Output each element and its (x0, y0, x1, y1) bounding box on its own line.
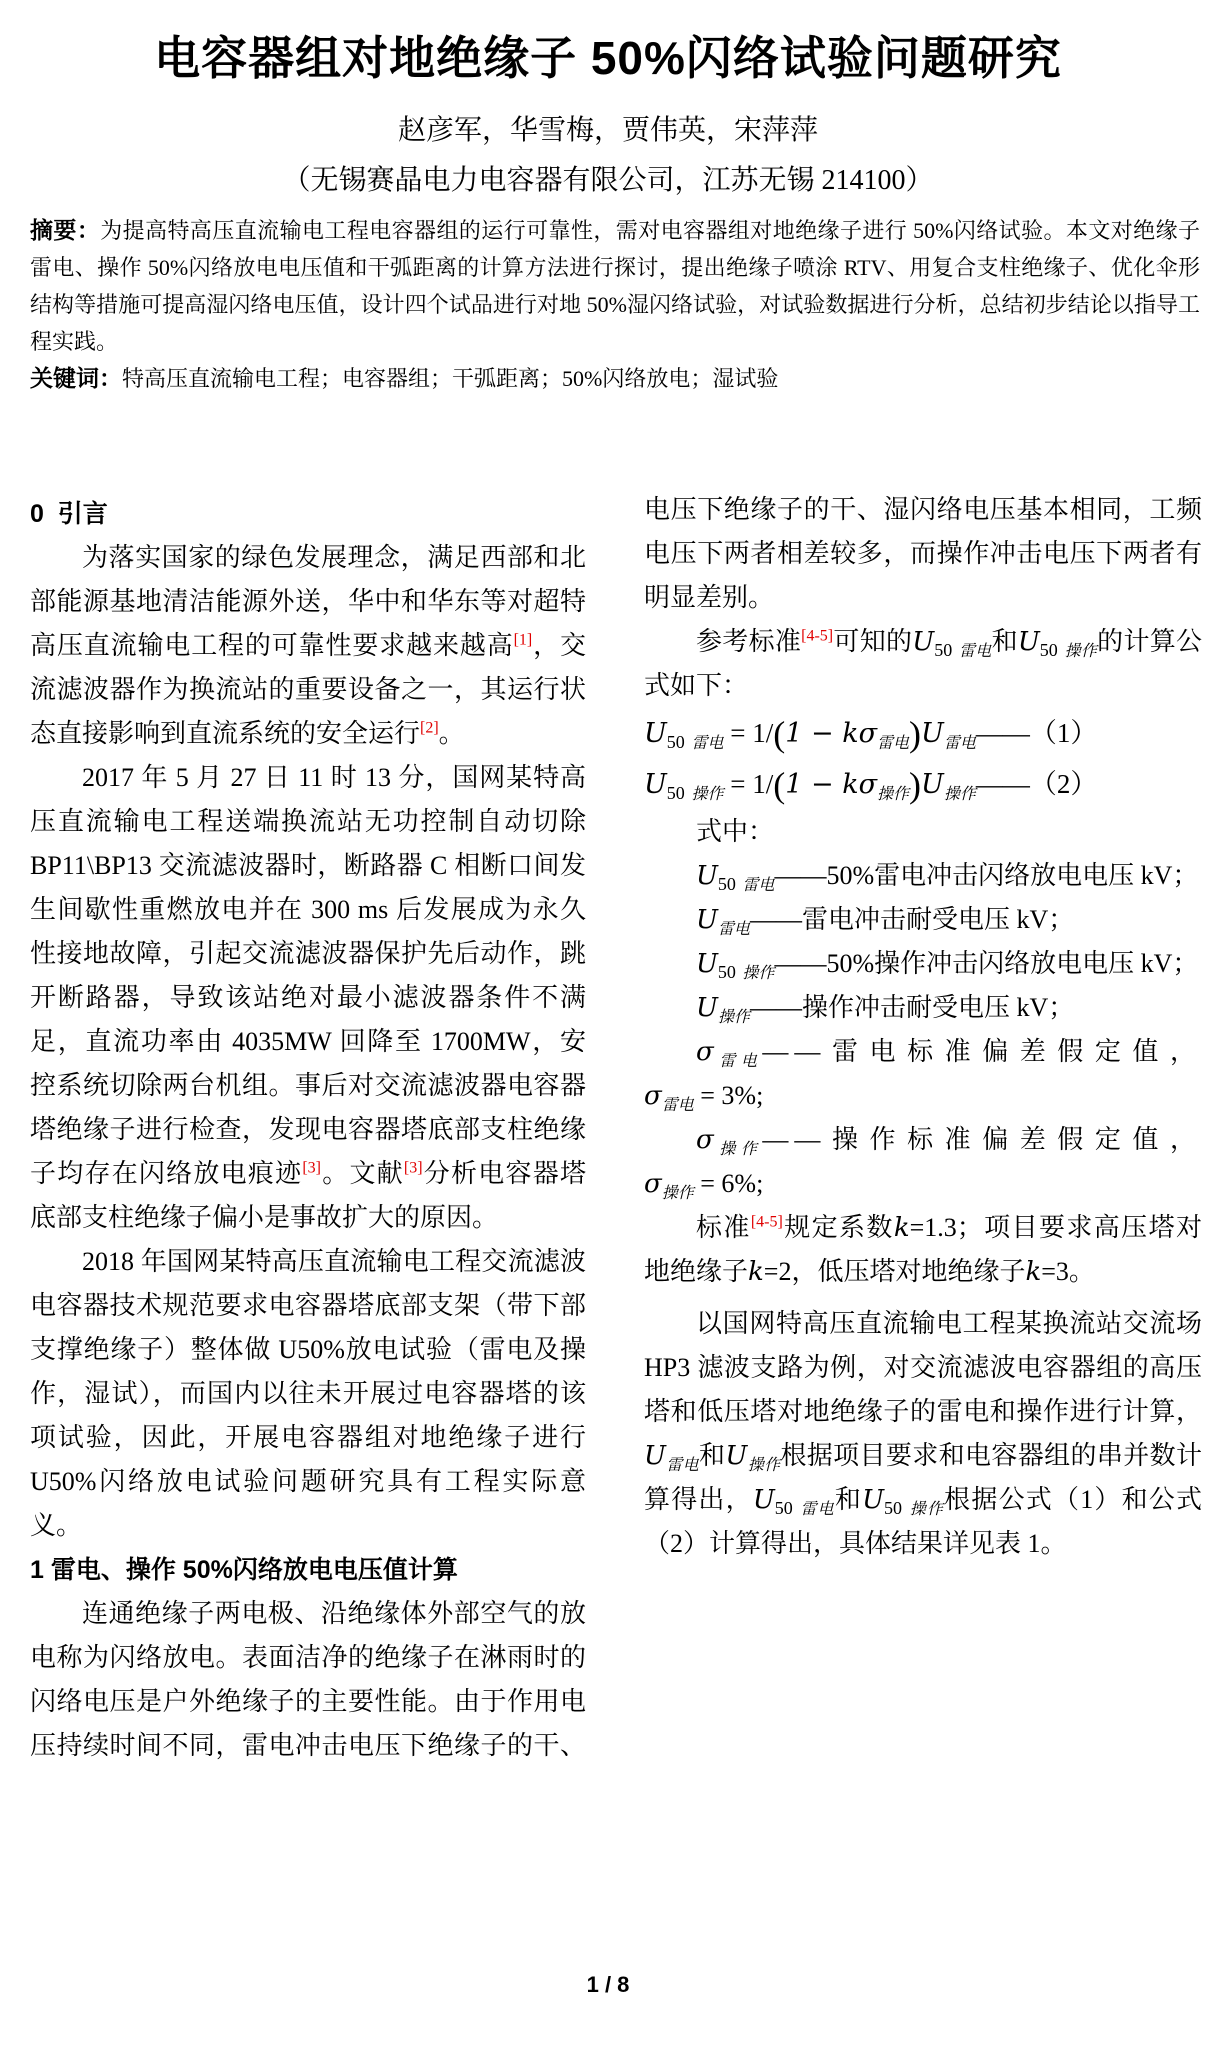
authors: 赵彦军，华雪梅，贾伟英，宋萍萍 (0, 108, 1216, 148)
text: 和 (835, 1485, 862, 1514)
value: = 3%; (694, 1081, 764, 1110)
subscript: 操作 (1065, 643, 1098, 660)
symbol: σ (696, 1125, 714, 1155)
symbol: U (921, 769, 944, 800)
text: 可知的 (833, 627, 912, 656)
example-paragraph: 以国网特高压直流输电工程某换流站交流场 HP3 滤波支路为例，对交流滤波电容器组… (644, 1302, 1202, 1566)
symbol: U (644, 718, 667, 749)
symbol: σ (859, 769, 877, 800)
symbol: k (748, 1257, 764, 1287)
page-number: 1 / 8 (0, 1972, 1216, 1998)
symbol: U (644, 769, 667, 800)
subscript: 雷电 (742, 877, 774, 894)
symbol: σ (859, 718, 877, 749)
citation-link[interactable]: [4-5] (801, 627, 833, 644)
citation-link[interactable]: [3] (302, 1159, 321, 1176)
definition-u-lightning: U雷电——雷电冲击耐受电压 kV； (644, 898, 1202, 942)
citation-link[interactable]: [4-5] (751, 1213, 783, 1230)
text: ——50%雷电冲击闪络放电电压 kV； (774, 861, 1198, 890)
text: =2，低压塔对地绝缘子 (764, 1257, 1026, 1286)
text: ——50%操作冲击闪络放电电压 kV； (774, 949, 1198, 978)
keywords-label: 关键词： (30, 365, 122, 391)
symbol: U (921, 718, 944, 749)
where-label: 式中： (644, 810, 1202, 854)
section-1-heading: 1 雷电、操作 50%闪络放电电压值计算 (30, 1548, 586, 1592)
abstract-label: 摘要： (30, 217, 100, 243)
coefficient-paragraph: 标准[4-5]规定系数k=1.3；项目要求高压塔对地绝缘子k=2，低压塔对地绝缘… (644, 1206, 1202, 1294)
abstract-text: 为提高特高压直流输电工程电容器组的运行可靠性，需对电容器组对地绝缘子进行 50%… (30, 218, 1200, 354)
subscript: 50 (667, 732, 685, 752)
subscript: 操作 (718, 1009, 750, 1026)
subscript: 50 (775, 1498, 793, 1518)
subscript: 操作 (910, 1501, 944, 1518)
citation-link[interactable]: [3] (404, 1159, 423, 1176)
text: 标准 (696, 1213, 751, 1242)
formula-2: U50 操作 = 1/(1 − kσ操作)U操作——（2） (644, 759, 1202, 810)
definition-sigma-switching: σ操作——操作标准偏差假定值， (644, 1118, 1202, 1162)
text: 1 − k (785, 718, 858, 749)
citation-link[interactable]: [2] (420, 719, 439, 736)
subscript: 50 (667, 783, 685, 803)
subscript: 50 (884, 1498, 902, 1518)
intro-paragraph-2: 2017 年 5 月 27 日 11 时 13 分，国网某特高压直流输电工程送端… (30, 756, 586, 1240)
formula-intro: 参考标准[4-5]可知的U50 雷电和U50 操作的计算公式如下： (644, 620, 1202, 708)
equation-number: （2） (1030, 769, 1098, 799)
subscript: 雷电 (666, 1457, 699, 1474)
subscript: 雷电 (877, 735, 909, 752)
subscript: 操作 (692, 786, 724, 803)
paper-title: 电容器组对地绝缘子 50%闪络试验问题研究 (0, 22, 1216, 88)
text: 以国网特高压直流输电工程某换流站交流场 HP3 滤波支路为例，对交流滤波电容器组… (644, 1309, 1202, 1426)
definition-sigma-lightning: σ雷电——雷电标准偏差假定值， (644, 1030, 1202, 1074)
subscript: 50 (1040, 640, 1058, 660)
text: ——操作标准偏差假定值， (762, 1125, 1202, 1154)
subscript: 雷电 (718, 921, 750, 938)
subscript: 50 (718, 874, 736, 894)
keywords-text: 特高压直流输电工程；电容器组；干弧距离；50%闪络放电；湿试验 (122, 366, 778, 391)
subscript: 操作 (742, 965, 774, 982)
text: 和 (699, 1441, 725, 1470)
text: —— (976, 769, 1030, 799)
symbol: σ (644, 1081, 662, 1111)
symbol: U (912, 627, 934, 657)
keywords: 关键词：特高压直流输电工程；电容器组；干弧距离；50%闪络放电；湿试验 (30, 360, 1200, 397)
subscript: 雷电 (959, 643, 992, 660)
intro-paragraph-3: 2018 年国网某特高压直流输电工程交流滤波电容器技术规范要求电容器塔底部支架（… (30, 1240, 586, 1548)
definition-u-switching: U操作——操作冲击耐受电压 kV； (644, 986, 1202, 1030)
formula-1: U50 雷电 = 1/(1 − kσ雷电)U雷电——（1） (644, 708, 1202, 759)
symbol: k (894, 1213, 910, 1243)
subscript: 雷电 (692, 735, 724, 752)
text: ——雷电标准偏差假定值， (762, 1037, 1202, 1066)
sigma-switching-value: σ操作 = 6%; (644, 1162, 1202, 1206)
text: 。文献 (321, 1159, 404, 1188)
subscript: 雷电 (800, 1501, 834, 1518)
text: 和 (992, 627, 1018, 656)
sigma-lightning-value: σ雷电 = 3%; (644, 1074, 1202, 1118)
subscript: 50 (718, 962, 736, 982)
subscript: 操作 (714, 1141, 763, 1158)
symbol: U (1018, 627, 1040, 657)
subscript: 操作 (944, 786, 976, 803)
left-column: 0 引言 为落实国家的绿色发展理念，满足西部和北部能源基地清洁能源外送，华中和华… (30, 492, 586, 1768)
text: = 1/ (724, 718, 774, 748)
definition-u50-switching: U50 操作——50%操作冲击闪络放电电压 kV； (644, 942, 1202, 986)
text: =3。 (1041, 1257, 1095, 1286)
text: 1 − k (785, 769, 858, 800)
section-1-paragraph-1: 连通绝缘子两电极、沿绝缘体外部空气的放电称为闪络放电。表面洁净的绝缘子在淋雨时的… (30, 1592, 586, 1768)
equation-number: （1） (1030, 718, 1098, 748)
symbol: U (696, 861, 718, 891)
symbol: U (862, 1485, 884, 1515)
subscript: 操作 (747, 1457, 780, 1474)
right-column: 电压下绝缘子的干、湿闪络电压基本相同，工频电压下两者相差较多，而操作冲击电压下两… (644, 488, 1202, 1566)
value: = 6%; (694, 1169, 764, 1198)
text: = 1/ (724, 769, 774, 799)
symbol: k (1025, 1257, 1041, 1287)
symbol: U (696, 993, 718, 1023)
symbol: σ (644, 1169, 662, 1199)
text: 2017 年 5 月 27 日 11 时 13 分，国网某特高压直流输电工程送端… (30, 763, 586, 1188)
subscript: 雷电 (662, 1097, 694, 1114)
symbol: U (725, 1441, 747, 1471)
section-0-heading: 0 引言 (30, 492, 586, 536)
subscript: 操作 (877, 786, 909, 803)
subscript: 雷电 (944, 735, 976, 752)
intro-paragraph-1: 为落实国家的绿色发展理念，满足西部和北部能源基地清洁能源外送，华中和华东等对超特… (30, 536, 586, 756)
subscript: 操作 (662, 1185, 694, 1202)
text: —— (976, 718, 1030, 748)
abstract: 摘要：为提高特高压直流输电工程电容器组的运行可靠性，需对电容器组对地绝缘子进行 … (30, 212, 1200, 360)
text: ——雷电冲击耐受电压 kV； (750, 905, 1074, 934)
citation-link[interactable]: [1] (514, 631, 533, 648)
section-1-paragraph-1-continued: 电压下绝缘子的干、湿闪络电压基本相同，工频电压下两者相差较多，而操作冲击电压下两… (644, 488, 1202, 620)
affiliation: （无锡赛晶电力电容器有限公司，江苏无锡 214100） (0, 158, 1216, 198)
definition-u50-lightning: U50 雷电——50%雷电冲击闪络放电电压 kV； (644, 854, 1202, 898)
text: 。 (439, 719, 465, 748)
subscript: 50 (934, 640, 952, 660)
text: 规定系数 (783, 1213, 894, 1242)
symbol: U (696, 905, 718, 935)
symbol: U (696, 949, 718, 979)
text: 为落实国家的绿色发展理念，满足西部和北部能源基地清洁能源外送，华中和华东等对超特… (30, 543, 586, 660)
text: 参考标准 (696, 627, 801, 656)
subscript: 雷电 (714, 1053, 763, 1070)
symbol: σ (696, 1037, 714, 1067)
symbol: U (644, 1441, 666, 1471)
symbol: U (753, 1485, 775, 1515)
text: ——操作冲击耐受电压 kV； (750, 993, 1074, 1022)
